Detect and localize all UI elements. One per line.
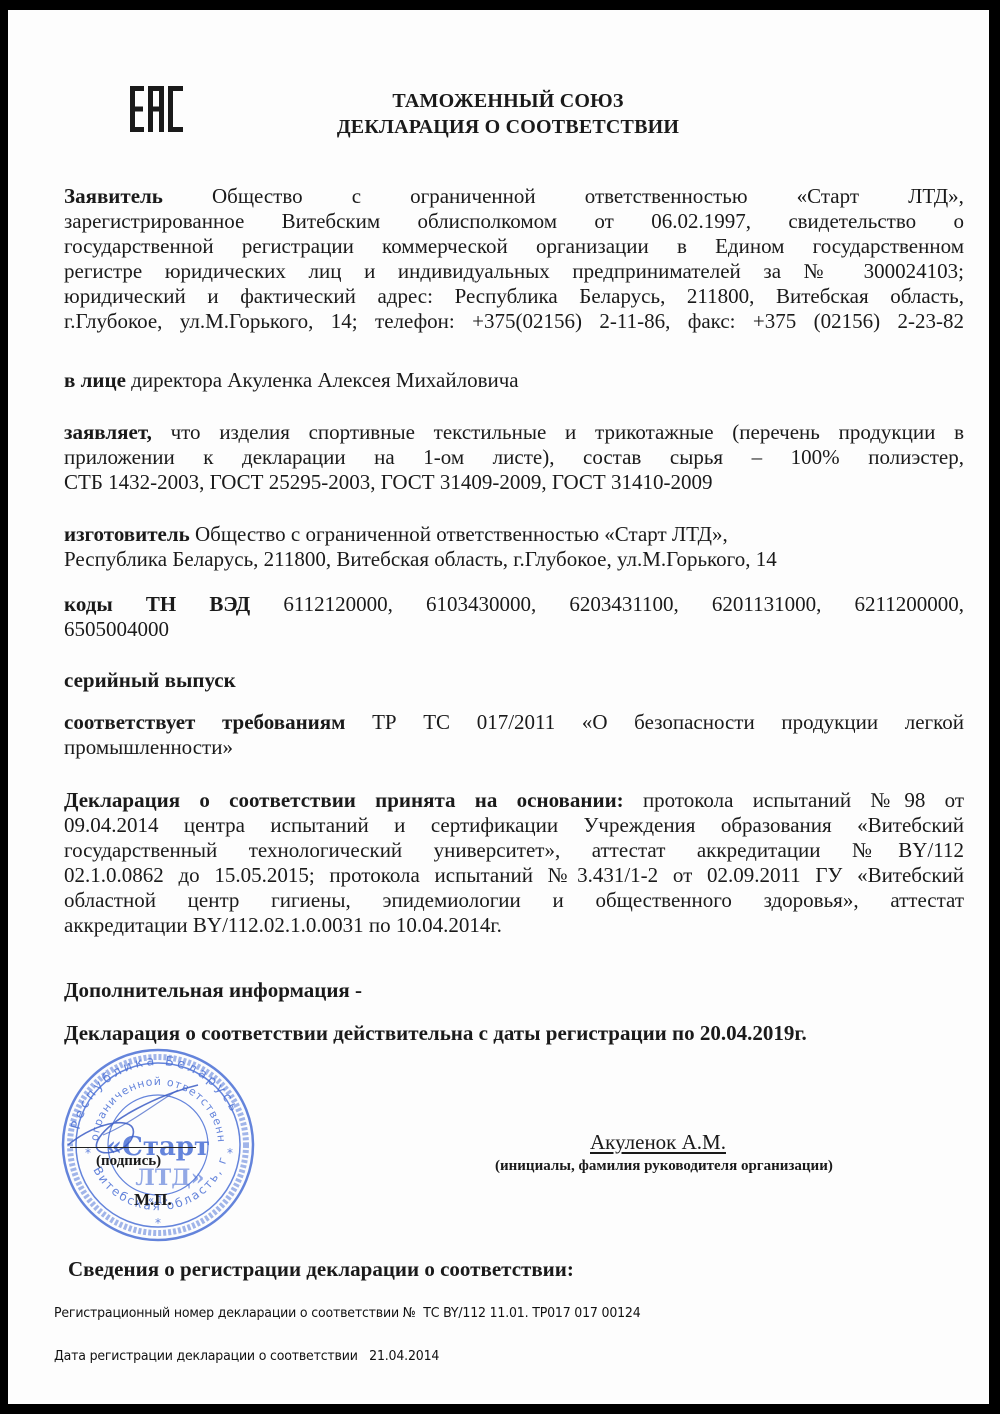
applicant-line: регистре юридических лиц и индивидуальны… — [64, 259, 964, 284]
basis-line: протокола испытаний №98 от — [643, 788, 964, 812]
declares-label: заявляет, — [64, 420, 152, 444]
registration-number-value: ТС BY/112 11.01. ТР017 017 00124 — [423, 1305, 640, 1321]
tnved-label-word: коды — [64, 592, 113, 617]
registration-title: Сведения о регистрации декларации о соот… — [68, 1257, 574, 1282]
applicant-line: юридический и фактический адрес: Республ… — [64, 284, 964, 309]
declares-line: приложении к декларации на 1-ом листе), … — [64, 445, 964, 470]
manufacturer-line: Общество с ограниченной ответственностью… — [195, 522, 728, 546]
applicant-word: Общество — [212, 184, 303, 209]
applicant-word: с — [352, 184, 361, 209]
represented-by-label: в лице — [64, 368, 126, 392]
tnved-section: коды ТН ВЭД 6112120000, 6103430000, 6203… — [64, 592, 964, 642]
represented-by-text: директора Акуленка Алексея Михайловича — [131, 368, 518, 392]
basis-label: Декларация о соответствии принята на осн… — [64, 788, 624, 812]
signature-caption: (подпись) — [96, 1153, 161, 1170]
basis-line: государственный технологический универси… — [64, 838, 964, 863]
tnved-code: 6211200000, — [855, 592, 964, 617]
validity-section: Декларация о соответствии действительна … — [64, 1021, 964, 1046]
document-header: ТАМОЖЕННЫЙ СОЮЗ ДЕКЛАРАЦИЯ О СООТВЕТСТВИ… — [308, 88, 708, 140]
header-union-title: ТАМОЖЕННЫЙ СОЮЗ — [308, 88, 708, 114]
additional-info-label: Дополнительная информация - — [64, 978, 362, 1002]
applicant-line: зарегистрированное Витебским облисполком… — [64, 209, 964, 234]
tnved-code: 6112120000, — [283, 592, 392, 617]
tnved-code: 6203431100, — [569, 592, 678, 617]
serial-label: серийный выпуск — [64, 668, 236, 692]
seal-caption: М.П. — [134, 1190, 172, 1210]
complies-section: соответствует требованиям ТР ТС 017/2011… — [64, 710, 964, 760]
basis-line: 09.04.2014 центра испытаний и сертификац… — [64, 813, 964, 838]
applicant-word: ответственностью — [585, 184, 748, 209]
registration-number-line: Регистрационный номер декларации о соотв… — [54, 1305, 641, 1321]
applicant-word: ЛТД», — [908, 184, 964, 209]
tnved-code: 6505004000 — [64, 617, 964, 642]
tnved-code: 6103430000, — [426, 592, 536, 617]
represented-by-section: в лице директора Акуленка Алексея Михайл… — [64, 368, 964, 393]
declares-section: заявляет, что изделия спортивные текстил… — [64, 420, 964, 495]
signature-line — [70, 1147, 196, 1148]
tnved-label-word: ТН — [146, 592, 176, 617]
registration-date-label: Дата регистрации декларации о соответств… — [54, 1348, 358, 1364]
applicant-line: г.Глубокое, ул.М.Горького, 14; телефон: … — [64, 309, 964, 334]
basis-section: Декларация о соответствии принята на осн… — [64, 788, 964, 938]
applicant-word: ограниченной — [410, 184, 536, 209]
complies-label: соответствует требованиям — [64, 710, 345, 734]
declaration-page: ТАМОЖЕННЫЙ СОЮЗ ДЕКЛАРАЦИЯ О СООТВЕТСТВИ… — [8, 10, 989, 1404]
eac-logo-icon — [130, 86, 184, 132]
director-caption: (инициалы, фамилия руководителя организа… — [495, 1158, 833, 1175]
complies-line: ТР ТС 017/2011 «О безопасности продукции… — [372, 710, 964, 734]
additional-info-section: Дополнительная информация - — [64, 978, 964, 1003]
applicant-word: «Старт — [797, 184, 859, 209]
declares-line: что изделия спортивные текстильные и три… — [171, 420, 964, 444]
company-stamp-icon: Республика Беларусь ограниченной ответст… — [58, 1045, 258, 1245]
declares-line: СТБ 1432-2003, ГОСТ 25295-2003, ГОСТ 314… — [64, 470, 964, 495]
svg-text:*: * — [227, 1146, 233, 1160]
applicant-section: Заявитель Общество с ограниченной ответс… — [64, 184, 964, 334]
serial-section: серийный выпуск — [64, 668, 964, 693]
registration-date-value: 21.04.2014 — [369, 1348, 439, 1364]
header-declaration-title: ДЕКЛАРАЦИЯ О СООТВЕТСТВИИ — [308, 114, 708, 140]
tnved-code: 6201131000, — [712, 592, 821, 617]
svg-text:*: * — [155, 1216, 161, 1230]
manufacturer-section: изготовитель Общество с ограниченной отв… — [64, 522, 964, 572]
manufacturer-label: изготовитель — [64, 522, 190, 546]
svg-text:*: * — [85, 1146, 91, 1160]
basis-line: областной центр гигиены, эпидемиологии и… — [64, 888, 964, 913]
director-name: Акуленок А.М. — [590, 1130, 726, 1155]
validity-text: Декларация о соответствии действительна … — [64, 1021, 807, 1045]
applicant-line: государственной регистрации коммерческой… — [64, 234, 964, 259]
basis-line: 02.1.0.0862 до 15.05.2015; протокола исп… — [64, 863, 964, 888]
complies-line: промышленности» — [64, 735, 964, 760]
applicant-label: Заявитель — [64, 184, 163, 209]
manufacturer-line: Республика Беларусь, 211800, Витебская о… — [64, 547, 964, 572]
registration-number-label: Регистрационный номер декларации о соотв… — [54, 1305, 416, 1321]
registration-date-line: Дата регистрации декларации о соответств… — [54, 1348, 439, 1364]
tnved-label-word: ВЭД — [209, 592, 250, 617]
basis-line: аккредитации BY/112.02.1.0.0031 по 10.04… — [64, 913, 964, 938]
